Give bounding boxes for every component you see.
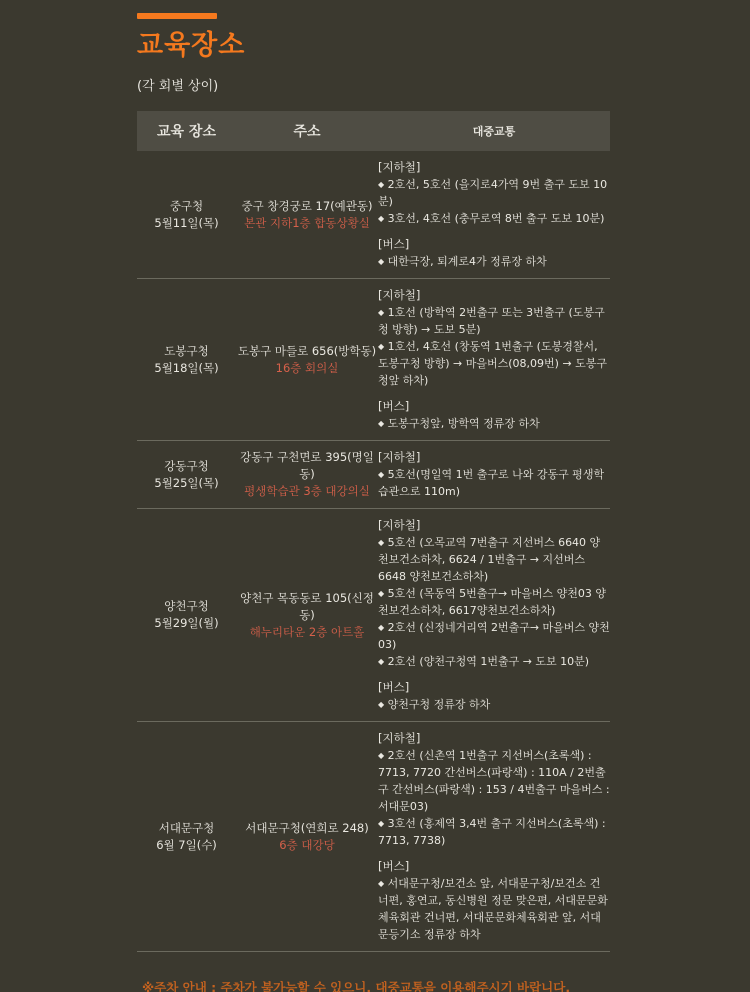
transport-item: ◆ 서대문구청/보건소 앞, 서대문구청/보건소 건너편, 홍연교, 동신병원 … [378, 875, 610, 943]
transport-section-heading: [버스] [378, 858, 610, 875]
address-text: 도봉구 마들로 656(방학동) [236, 343, 378, 360]
address-cell: 서대문구청(연희로 248) 6층 대강당 [236, 820, 378, 854]
transport-section-heading: [지하철] [378, 730, 610, 747]
place-cell: 강동구청 5월25일(목) [137, 458, 236, 492]
transport-item: ◆ 1호선 (방학역 2번출구 또는 3번출구 (도봉구청 방향) → 도보 5… [378, 304, 610, 338]
address-text: 양천구 목동동로 105(신정동) [236, 590, 378, 624]
transport-cell: [지하철]◆ 5호선 (오목교역 7번출구 지선버스 6640 양천보건소하차,… [378, 517, 610, 713]
transport-item-text: 5호선 (목동역 5번출구→ 마을버스 양천03 양천보건소하차, 6617양천… [378, 587, 606, 617]
transport-item-text: 5호선(명일역 1번 출구로 나와 강동구 평생학습관으로 110m) [378, 468, 604, 498]
transport-item-text: 대한극장, 퇴계로4가 정류장 하차 [384, 255, 547, 268]
address-detail-text: 6층 대강당 [236, 837, 378, 854]
transport-item-text: 서대문구청/보건소 앞, 서대문구청/보건소 건너편, 홍연교, 동신병원 정문… [378, 877, 608, 941]
transport-section: [지하철]◆ 5호선(명일역 1번 출구로 나와 강동구 평생학습관으로 110… [378, 449, 610, 500]
address-text: 강동구 구천면로 395(명일동) [236, 449, 378, 483]
transport-item-text: 2호선 (신정네거리역 2번출구→ 마을버스 양천03) [378, 621, 610, 651]
column-header-place: 교육 장소 [137, 121, 236, 141]
address-detail-text: 해누리타운 2층 아트홀 [236, 624, 378, 641]
transport-cell: [지하철]◆ 2호선, 5호선 (을지로4가역 9번 출구 도보 10분)◆ 3… [378, 159, 610, 270]
place-cell: 서대문구청 6월 7일(수) [137, 820, 236, 854]
transport-section: [지하철]◆ 2호선, 5호선 (을지로4가역 9번 출구 도보 10분)◆ 3… [378, 159, 610, 227]
transport-item: ◆ 2호선 (양천구청역 1번출구 → 도보 10분) [378, 653, 610, 670]
table-row: 강동구청 5월25일(목) 강동구 구천면로 395(명일동) 평생학습관 3층… [137, 441, 610, 509]
transport-item-text: 2호선 (양천구청역 1번출구 → 도보 10분) [384, 655, 589, 668]
place-cell: 양천구청 5월29일(월) [137, 598, 236, 632]
parking-notice: ※주차 안내 : 주차가 불가능할 수 있으니, 대중교통을 이용해주시기 바랍… [137, 978, 610, 992]
place-date: 6월 7일(수) [137, 837, 236, 854]
transport-item: ◆ 1호선, 4호선 (창동역 1번출구 (도봉경찰서, 도봉구청 방향) → … [378, 338, 610, 389]
table-row: 중구청 5월11일(목) 중구 창경궁로 17(예관동) 본관 지하1층 합동상… [137, 151, 610, 279]
table-header-row: 교육 장소 주소 대중교통 [137, 111, 610, 151]
transport-item-text: 3호선 (홍제역 3,4번 출구 지선버스(초록색) : 7713, 7738) [378, 817, 606, 847]
transport-item: ◆ 양천구청 정류장 하차 [378, 696, 610, 713]
transport-cell: [지하철]◆ 5호선(명일역 1번 출구로 나와 강동구 평생학습관으로 110… [378, 449, 610, 500]
address-text: 서대문구청(연희로 248) [236, 820, 378, 837]
transport-section: [버스]◆ 도봉구청앞, 방학역 정류장 하차 [378, 398, 610, 432]
transport-item: ◆ 5호선 (오목교역 7번출구 지선버스 6640 양천보건소하차, 6624… [378, 534, 610, 585]
transport-item: ◆ 3호선, 4호선 (충무로역 8번 출구 도보 10분) [378, 210, 610, 227]
transport-section: [버스]◆ 서대문구청/보건소 앞, 서대문구청/보건소 건너편, 홍연교, 동… [378, 858, 610, 943]
transport-item: ◆ 3호선 (홍제역 3,4번 출구 지선버스(초록색) : 7713, 773… [378, 815, 610, 849]
place-date: 5월18일(목) [137, 360, 236, 377]
place-name: 양천구청 [137, 598, 236, 615]
address-cell: 양천구 목동동로 105(신정동) 해누리타운 2층 아트홀 [236, 590, 378, 641]
address-cell: 강동구 구천면로 395(명일동) 평생학습관 3층 대강의실 [236, 449, 378, 500]
transport-item-text: 2호선, 5호선 (을지로4가역 9번 출구 도보 10분) [378, 178, 607, 208]
transport-item: ◆ 2호선 (신정네거리역 2번출구→ 마을버스 양천03) [378, 619, 610, 653]
transport-section-heading: [지하철] [378, 449, 610, 466]
transport-cell: [지하철]◆ 2호선 (신촌역 1번출구 지선버스(초록색) : 7713, 7… [378, 730, 610, 943]
education-locations-table: 교육 장소 주소 대중교통 중구청 5월11일(목) 중구 창경궁로 17(예관… [137, 111, 610, 952]
address-detail-text: 본관 지하1층 합동상황실 [236, 215, 378, 232]
address-cell: 도봉구 마들로 656(방학동) 16층 회의실 [236, 343, 378, 377]
title-accent-bar [137, 13, 217, 19]
transport-item-text: 3호선, 4호선 (충무로역 8번 출구 도보 10분) [384, 212, 604, 225]
table-body: 중구청 5월11일(목) 중구 창경궁로 17(예관동) 본관 지하1층 합동상… [137, 151, 610, 952]
transport-section: [지하철]◆ 2호선 (신촌역 1번출구 지선버스(초록색) : 7713, 7… [378, 730, 610, 849]
transport-cell: [지하철]◆ 1호선 (방학역 2번출구 또는 3번출구 (도봉구청 방향) →… [378, 287, 610, 432]
place-date: 5월25일(목) [137, 475, 236, 492]
page-title: 교육장소 [137, 23, 610, 62]
transport-item-text: 도봉구청앞, 방학역 정류장 하차 [384, 417, 540, 430]
transport-section-heading: [지하철] [378, 517, 610, 534]
transport-item: ◆ 도봉구청앞, 방학역 정류장 하차 [378, 415, 610, 432]
transport-section: [버스]◆ 대한극장, 퇴계로4가 정류장 하차 [378, 236, 610, 270]
address-detail-text: 16층 회의실 [236, 360, 378, 377]
transport-section-heading: [버스] [378, 236, 610, 253]
transport-section: [지하철]◆ 1호선 (방학역 2번출구 또는 3번출구 (도봉구청 방향) →… [378, 287, 610, 389]
place-date: 5월29일(월) [137, 615, 236, 632]
place-date: 5월11일(목) [137, 215, 236, 232]
table-row: 서대문구청 6월 7일(수) 서대문구청(연희로 248) 6층 대강당 [지하… [137, 722, 610, 952]
place-name: 도봉구청 [137, 343, 236, 360]
page-subtitle: (각 회별 상이) [137, 75, 610, 94]
place-cell: 중구청 5월11일(목) [137, 198, 236, 232]
place-name: 서대문구청 [137, 820, 236, 837]
table-row: 도봉구청 5월18일(목) 도봉구 마들로 656(방학동) 16층 회의실 [… [137, 279, 610, 441]
table-row: 양천구청 5월29일(월) 양천구 목동동로 105(신정동) 해누리타운 2층… [137, 509, 610, 722]
content-column: 교육장소 (각 회별 상이) 교육 장소 주소 대중교통 중구청 5월11일(목… [137, 0, 610, 992]
transport-item: ◆ 5호선(명일역 1번 출구로 나와 강동구 평생학습관으로 110m) [378, 466, 610, 500]
transport-section-heading: [버스] [378, 398, 610, 415]
transport-item: ◆ 2호선, 5호선 (을지로4가역 9번 출구 도보 10분) [378, 176, 610, 210]
transport-section-heading: [버스] [378, 679, 610, 696]
place-name: 중구청 [137, 198, 236, 215]
address-cell: 중구 창경궁로 17(예관동) 본관 지하1층 합동상황실 [236, 198, 378, 232]
transport-section-heading: [지하철] [378, 159, 610, 176]
column-header-address: 주소 [236, 121, 378, 141]
address-detail-text: 평생학습관 3층 대강의실 [236, 483, 378, 500]
transport-section-heading: [지하철] [378, 287, 610, 304]
transport-item-text: 1호선, 4호선 (창동역 1번출구 (도봉경찰서, 도봉구청 방향) → 마을… [378, 340, 607, 387]
education-location-notice: 교육장소 (각 회별 상이) 교육 장소 주소 대중교통 중구청 5월11일(목… [0, 0, 750, 992]
transport-item-text: 5호선 (오목교역 7번출구 지선버스 6640 양천보건소하차, 6624 /… [378, 536, 600, 583]
transport-item-text: 2호선 (신촌역 1번출구 지선버스(초록색) : 7713, 7720 간선버… [378, 749, 610, 813]
transport-item: ◆ 대한극장, 퇴계로4가 정류장 하차 [378, 253, 610, 270]
place-name: 강동구청 [137, 458, 236, 475]
transport-item-text: 1호선 (방학역 2번출구 또는 3번출구 (도봉구청 방향) → 도보 5분) [378, 306, 605, 336]
transport-item: ◆ 5호선 (목동역 5번출구→ 마을버스 양천03 양천보건소하차, 6617… [378, 585, 610, 619]
title-block: 교육장소 (각 회별 상이) [137, 13, 610, 94]
column-header-transport: 대중교통 [378, 123, 610, 140]
transport-section: [지하철]◆ 5호선 (오목교역 7번출구 지선버스 6640 양천보건소하차,… [378, 517, 610, 670]
transport-item-text: 양천구청 정류장 하차 [384, 698, 490, 711]
place-cell: 도봉구청 5월18일(목) [137, 343, 236, 377]
transport-item: ◆ 2호선 (신촌역 1번출구 지선버스(초록색) : 7713, 7720 간… [378, 747, 610, 815]
address-text: 중구 창경궁로 17(예관동) [236, 198, 378, 215]
transport-section: [버스]◆ 양천구청 정류장 하차 [378, 679, 610, 713]
